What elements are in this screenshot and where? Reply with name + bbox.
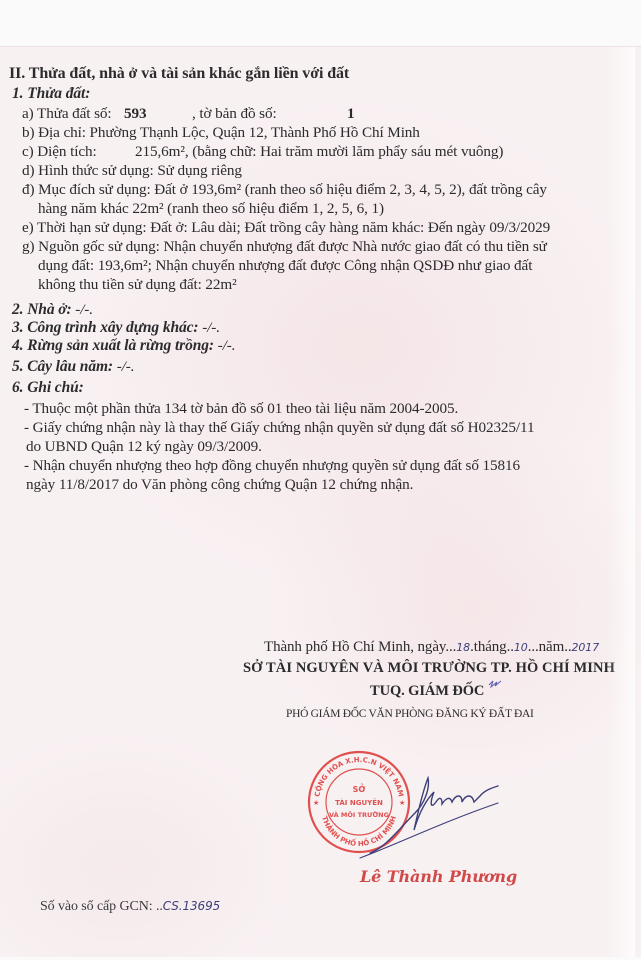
note-line: ngày 11/8/2017 do Văn phòng công chứng Q… bbox=[26, 476, 413, 494]
day-value: 18 bbox=[456, 641, 470, 654]
usage-form-row: d) Hình thức sử dụng: Sử dụng riêng bbox=[22, 162, 242, 180]
area-value: 215,6m², (bằng chữ: Hai trăm mười lăm ph… bbox=[135, 143, 503, 161]
place-date-line: Thành phố Hồ Chí Minh, ngày...18.tháng..… bbox=[264, 639, 599, 656]
on-behalf-title: TUQ. GIÁM ĐỐC bbox=[370, 683, 502, 700]
usage-origin-row-2: dụng đất: 193,6m²; Nhận chuyển nhượng đấ… bbox=[38, 257, 532, 275]
usage-origin-row-3: không thu tiền sử dụng đất: 22m² bbox=[38, 276, 237, 294]
note-line: - Thuộc một phần thửa 134 tờ bản đồ số 0… bbox=[24, 400, 458, 418]
initial-mark-icon bbox=[488, 677, 502, 687]
forest-heading: 4. Rừng sản xuất là rừng trồng: bbox=[12, 337, 214, 354]
other-construction-value: -/-. bbox=[202, 319, 220, 336]
usage-term-row: e) Thời hạn sử dụng: Đất ở: Lâu dài; Đất… bbox=[22, 219, 550, 237]
area-label: c) Diện tích: bbox=[22, 143, 97, 160]
svg-text:★: ★ bbox=[313, 799, 319, 807]
year-value: 2017 bbox=[572, 641, 600, 654]
address-row: b) Địa chỉ: Phường Thạnh Lộc, Quận 12, T… bbox=[22, 124, 420, 142]
usage-purpose-row-2: hàng năm khác 22m² (ranh theo số hiệu đi… bbox=[38, 200, 384, 218]
parcel-number-label: a) Thửa đất số: bbox=[22, 105, 112, 122]
position-title: PHÓ GIÁM ĐỐC VĂN PHÒNG ĐĂNG KÝ ĐẤT ĐAI bbox=[286, 708, 534, 720]
parcel-number-row: a) Thửa đất số: 593 , tờ bản đồ số: 1 bbox=[22, 105, 112, 123]
map-sheet-label: , tờ bản đồ số: bbox=[192, 105, 277, 123]
organization-name: SỞ TÀI NGUYÊN VÀ MÔI TRƯỜNG TP. HỒ CHÍ M… bbox=[243, 660, 615, 677]
usage-purpose-row-1: đ) Mục đích sử dụng: Đất ở 193,6m² (ranh… bbox=[22, 181, 547, 199]
land-parcel-heading: 1. Thửa đất: bbox=[12, 85, 90, 103]
house-value: -/-. bbox=[75, 301, 93, 318]
forest-row: 4. Rừng sản xuất là rừng trồng: -/-. bbox=[12, 337, 235, 355]
year-label: năm bbox=[539, 639, 565, 655]
registry-label: Số vào sổ cấp GCN: bbox=[40, 899, 153, 914]
map-sheet-value: 1 bbox=[347, 105, 355, 123]
month-value: 10 bbox=[514, 641, 528, 654]
registry-row: Số vào sổ cấp GCN: ..CS.13695 bbox=[40, 899, 220, 915]
note-line: do UBND Quận 12 ký ngày 09/3/2009. bbox=[26, 438, 262, 456]
usage-origin-row-1: g) Nguồn gốc sử dụng: Nhận chuyển nhượng… bbox=[22, 238, 547, 256]
other-construction-heading: 3. Công trình xây dựng khác: bbox=[12, 319, 199, 336]
forest-value: -/-. bbox=[218, 337, 236, 354]
note-line: - Nhận chuyển nhượng theo hợp đồng chuyể… bbox=[24, 457, 520, 475]
parcel-number-value: 593 bbox=[124, 105, 146, 123]
section-heading: II. Thửa đất, nhà ở và tài sản khác gắn … bbox=[9, 65, 349, 83]
signer-name: Lê Thành Phương bbox=[360, 867, 517, 886]
house-row: 2. Nhà ở: -/-. bbox=[12, 301, 93, 319]
month-label: tháng bbox=[474, 639, 507, 655]
perennial-tree-row: 5. Cây lâu năm: -/-. bbox=[12, 358, 134, 376]
handwritten-signature-icon bbox=[330, 758, 500, 868]
place-date-prefix: Thành phố Hồ Chí Minh, ngày bbox=[264, 639, 445, 655]
on-behalf-text: TUQ. GIÁM ĐỐC bbox=[370, 683, 484, 699]
area-row: c) Diện tích: 215,6m², (bằng chữ: Hai tr… bbox=[22, 143, 97, 161]
other-construction-row: 3. Công trình xây dựng khác: -/-. bbox=[12, 319, 220, 337]
house-heading: 2. Nhà ở: bbox=[12, 301, 72, 318]
note-line: - Giấy chứng nhận này là thay thế Giấy c… bbox=[24, 419, 534, 437]
perennial-tree-heading: 5. Cây lâu năm: bbox=[12, 358, 113, 375]
registry-value: CS.13695 bbox=[163, 899, 220, 913]
notes-heading: 6. Ghi chú: bbox=[12, 379, 84, 397]
perennial-tree-value: -/-. bbox=[117, 358, 135, 375]
